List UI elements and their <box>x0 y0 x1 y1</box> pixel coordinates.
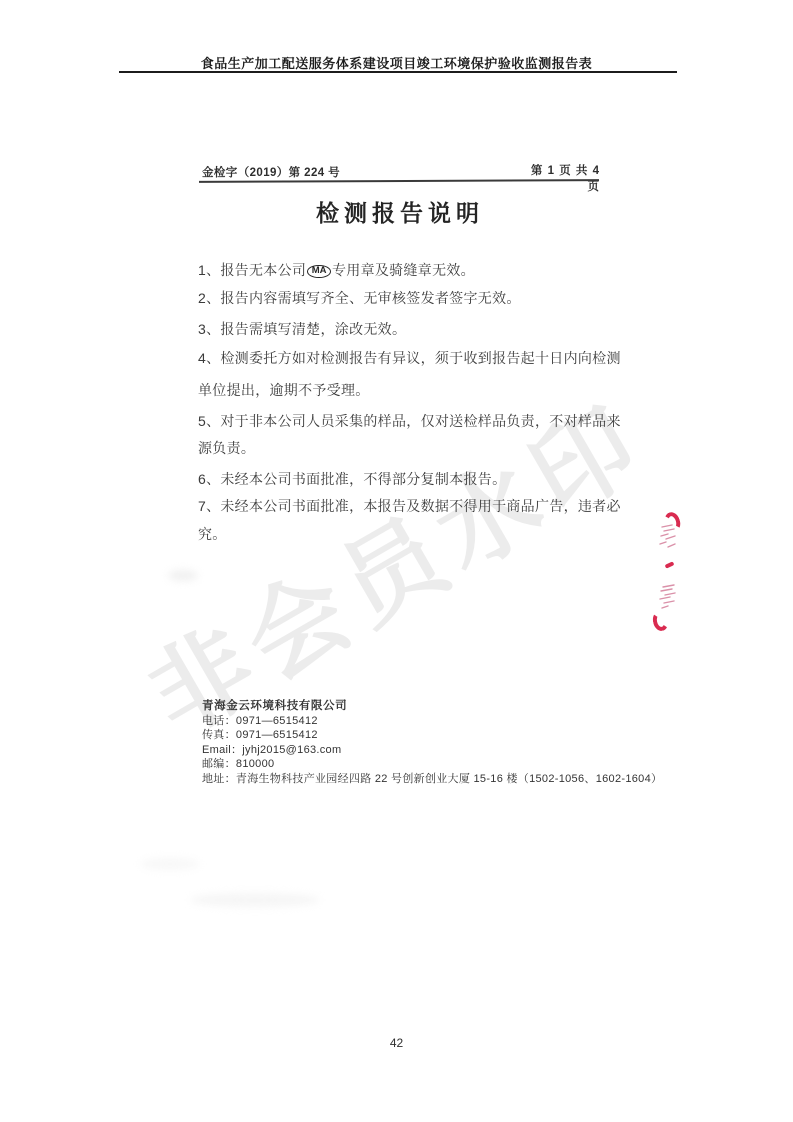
document-header-rule <box>119 71 677 73</box>
scan-smudge <box>190 893 320 907</box>
red-seal-glyph-fragment-icon <box>656 584 678 614</box>
scan-smudge <box>140 858 200 870</box>
note-line-3: 3、报告需填写清楚，涂改无效。 <box>198 318 618 340</box>
red-seal-glyph-fragment-icon <box>656 523 678 553</box>
page-number: 42 <box>0 1036 793 1050</box>
company-email: Email：jyhj2015@163.com <box>202 743 622 758</box>
company-name: 青海金云环境科技有限公司 <box>202 699 622 714</box>
scan-smudge <box>168 570 198 581</box>
note-1-post: 专用章及骑缝章无效。 <box>332 262 475 278</box>
company-fax: 传真：0971—6515412 <box>202 728 622 743</box>
company-phone: 电话：0971—6515412 <box>202 714 622 729</box>
report-reference-number: 金检字（2019）第 224 号 <box>202 164 340 180</box>
note-line-4b: 单位提出，逾期不予受理。 <box>198 379 618 401</box>
company-postal-code: 邮编：810000 <box>202 757 622 772</box>
note-line-2: 2、报告内容需填写齐全、无审核签发者签字无效。 <box>198 287 618 309</box>
cma-certification-mark-icon: MA <box>307 265 331 279</box>
note-line-5b: 源负责。 <box>198 437 618 459</box>
note-line-1: 1、报告无本公司MA专用章及骑缝章无效。 <box>198 259 618 281</box>
red-seal-dash-icon <box>665 561 675 568</box>
company-contact-block: 青海金云环境科技有限公司 电话：0971—6515412 传真：0971—651… <box>202 699 622 787</box>
note-1-pre: 1、报告无本公司 <box>198 262 306 278</box>
company-address: 地址：青海生物科技产业园经四路 22 号创新创业大厦 15-16 楼（1502-… <box>202 772 622 787</box>
note-line-4: 4、检测委托方如对检测报告有异议，须于收到报告起十日内向检测 <box>198 347 618 369</box>
document-header-title: 食品生产加工配送服务体系建设项目竣工环境保护验收监测报告表 <box>0 53 793 72</box>
report-title: 检测报告说明 <box>200 195 600 228</box>
note-line-6: 6、未经本公司书面批准，不得部分复制本报告。 <box>198 468 618 490</box>
note-line-5: 5、对于非本公司人员采集的样品，仅对送检样品负责，不对样品来 <box>198 410 618 432</box>
report-page-indicator: 第 1 页 共 4 页 <box>520 162 600 194</box>
note-line-7: 7、未经本公司书面批准，本报告及数据不得用于商品广告，违者必 <box>198 495 618 517</box>
note-line-7b: 究。 <box>198 523 618 545</box>
